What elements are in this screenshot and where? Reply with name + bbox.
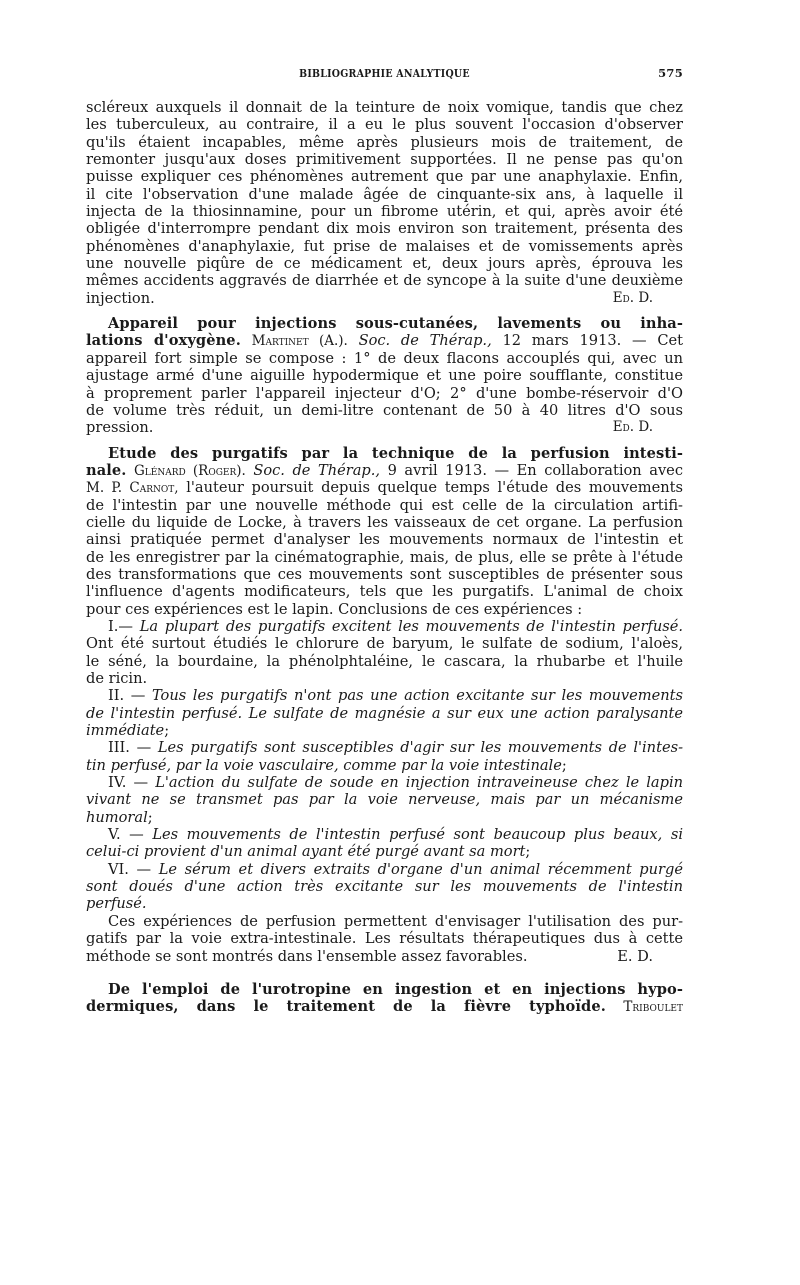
text-fragment: méthode se sont montrés dans l'ensemble …	[86, 948, 527, 965]
text-line: Ces expériences de perfusion permettent …	[86, 913, 683, 930]
conclusion-number: V. —	[108, 826, 144, 843]
document-body: scléreux auxquels il donnait de la teint…	[86, 99, 683, 1016]
entry-title-cont: nale.	[86, 462, 126, 479]
date: 12 mars 1913. — Cet	[502, 332, 683, 349]
author: Glénard (Roger).	[134, 463, 246, 479]
date: 9 avril 1913. — En collaboration avec	[388, 462, 683, 479]
text-line: des transformations que ces mouvements s…	[86, 566, 683, 583]
page-number: 575	[658, 66, 683, 80]
text-line: une nouvelle piqûre de ce médicament et,…	[86, 255, 683, 272]
conclusion-2: II. — Tous les purgatifs n'ont pas une a…	[86, 687, 683, 704]
text-line: phénomènes d'anaphylaxie, fut prise de m…	[86, 238, 683, 255]
text-line: injecta de la thiosinnamine, pour un fib…	[86, 203, 683, 220]
conclusion-6: VI. — Le sérum et divers extraits d'orga…	[86, 861, 683, 878]
entry-title: Appareil pour injections sous-cutanées, …	[86, 315, 683, 332]
collaborator: M. P. Carnot,	[86, 480, 179, 496]
conclusion-text-line: de l'intestin perfusé. Le sulfate de mag…	[86, 705, 683, 722]
conclusion-text-line: perfusé.	[86, 895, 683, 912]
conclusion-number: II. —	[108, 687, 145, 704]
conclusion-number: IV. —	[108, 774, 148, 791]
citation-line: nale. Glénard (Roger). Soc. de Thérap., …	[86, 462, 683, 479]
conclusion-text: immédiate	[86, 722, 164, 739]
document-page: BIBLIOGRAPHIE ANALYTIQUE 575 scléreux au…	[86, 62, 683, 1024]
text-line: de ricin.	[86, 670, 683, 687]
text-line: à proprement parler l'appareil injecteur…	[86, 385, 683, 402]
text-line: cielle du liquide de Locke, à travers le…	[86, 514, 683, 531]
text-line: de l'intestin par une nouvelle méthode q…	[86, 497, 683, 514]
conclusion-text-line: immédiate;	[86, 722, 683, 739]
text-line: l'influence d'agents modificateurs, tels…	[86, 583, 683, 600]
text-fragment: l'auteur poursuit depuis quelque temps l…	[186, 479, 683, 496]
text-line-with-signature: pression. Ed. D.	[86, 419, 683, 436]
entry-continuation: scléreux auxquels il donnait de la teint…	[86, 99, 683, 307]
conclusion-text-line: celui-ci provient d'un animal ayant été …	[86, 843, 683, 860]
source: Soc. de Thérap.,	[253, 462, 380, 479]
source: Soc. de Thérap.,	[359, 332, 492, 349]
punctuation: ;	[525, 843, 530, 860]
entry-urotropine: De l'emploi de l'urotropine en ingestion…	[86, 981, 683, 1016]
entry-title-cont: dermiques, dans le traitement de la fièv…	[86, 998, 606, 1015]
text-line: mêmes accidents aggravés de diarrhée et …	[86, 272, 683, 289]
text-line: remonter jusqu'aux doses primitivement s…	[86, 151, 683, 168]
conclusion-text-line: sont doués d'une action très excitante s…	[86, 878, 683, 895]
entry-title-cont: lations d'oxygène.	[86, 332, 241, 349]
conclusion-text: Tous les purgatifs n'ont pas une action …	[152, 687, 683, 704]
signature: Ed. D.	[613, 419, 653, 436]
conclusion-text: Les purgatifs sont susceptibles d'agir s…	[158, 739, 683, 756]
conclusion-text-line: vivant ne se transmet pas par la voie ne…	[86, 791, 683, 808]
entry-etude-purgatifs: Etude des purgatifs par la technique de …	[86, 445, 683, 965]
running-title: BIBLIOGRAPHIE ANALYTIQUE	[140, 66, 630, 80]
punctuation: ;	[148, 809, 153, 826]
conclusion-number: VI. —	[108, 861, 151, 878]
punctuation: ;	[562, 757, 567, 774]
conclusion-5: V. — Les mouvements de l'intestin perfus…	[86, 826, 683, 843]
text-line: de les enregistrer par la cinématographi…	[86, 549, 683, 566]
text-line-with-signature: méthode se sont montrés dans l'ensemble …	[86, 948, 683, 965]
entry-title: Etude des purgatifs par la technique de …	[86, 445, 683, 462]
text-line: ajustage armé d'une aiguille hypodermiqu…	[86, 367, 683, 384]
text-line: il cite l'observation d'une malade âgée …	[86, 186, 683, 203]
conclusion-text: Le sérum et divers extraits d'organe d'u…	[159, 861, 683, 878]
text-line: Ont été surtout étudiés le chlorure de b…	[86, 635, 683, 652]
signature: Ed. D.	[613, 290, 653, 307]
conclusion-text: L'action du sulfate de soude en injectio…	[155, 774, 683, 791]
text-line: scléreux auxquels il donnait de la teint…	[86, 99, 683, 116]
text-line: gatifs par la voie extra-intestinale. Le…	[86, 930, 683, 947]
conclusion-text: celui-ci provient d'un animal ayant été …	[86, 843, 525, 860]
text-line: appareil fort simple se compose : 1° de …	[86, 350, 683, 367]
citation-line: lations d'oxygène. Martinet (A.). Soc. d…	[86, 332, 683, 349]
conclusion-text: Les mouvements de l'intestin perfusé son…	[152, 826, 683, 843]
conclusion-text-line: humoral;	[86, 809, 683, 826]
text-fragment: injection.	[86, 290, 155, 307]
text-line: de volume très réduit, un demi-litre con…	[86, 402, 683, 419]
conclusion-4: IV. — L'action du sulfate de soude en in…	[86, 774, 683, 791]
conclusion-text-line: tin perfusé, par la voie vasculaire, com…	[86, 757, 683, 774]
conclusion-3: III. — Les purgatifs sont susceptibles d…	[86, 739, 683, 756]
text-line-with-signature: injection. Ed. D.	[86, 290, 683, 307]
citation-line: dermiques, dans le traitement de la fièv…	[86, 998, 683, 1015]
text-line: M. P. Carnot, l'auteur poursuit depuis q…	[86, 479, 683, 496]
text-line: puisse expliquer ces phénomènes autremen…	[86, 168, 683, 185]
text-fragment: pression.	[86, 419, 153, 436]
text-line: les tuberculeux, au contraire, il a eu l…	[86, 116, 683, 133]
text-line: qu'ils étaient incapables, même après pl…	[86, 134, 683, 151]
entry-appareil: Appareil pour injections sous-cutanées, …	[86, 315, 683, 436]
text-line: pour ces expériences est le lapin. Concl…	[86, 601, 683, 618]
text-line: le séné, la bourdaine, la phénolphtaléin…	[86, 653, 683, 670]
entry-title: De l'emploi de l'urotropine en ingestion…	[86, 981, 683, 998]
text-line: obligée d'interrompre pendant dix mois e…	[86, 220, 683, 237]
conclusion-number: I.—	[108, 618, 133, 635]
author: Triboulet	[623, 999, 683, 1015]
conclusion-text: tin perfusé, par la voie vasculaire, com…	[86, 757, 562, 774]
conclusion-1: I.— La plupart des purgatifs excitent le…	[86, 618, 683, 635]
text-line: ainsi pratiquée permet d'analyser les mo…	[86, 531, 683, 548]
author: Martinet (A.).	[252, 333, 348, 349]
punctuation: ;	[164, 722, 169, 739]
conclusion-text: La plupart des purgatifs excitent les mo…	[140, 618, 683, 635]
conclusion-number: III. —	[108, 739, 151, 756]
running-header: BIBLIOGRAPHIE ANALYTIQUE 575	[86, 62, 683, 84]
conclusion-text: humoral	[86, 809, 148, 826]
signature: E. D.	[617, 948, 653, 965]
